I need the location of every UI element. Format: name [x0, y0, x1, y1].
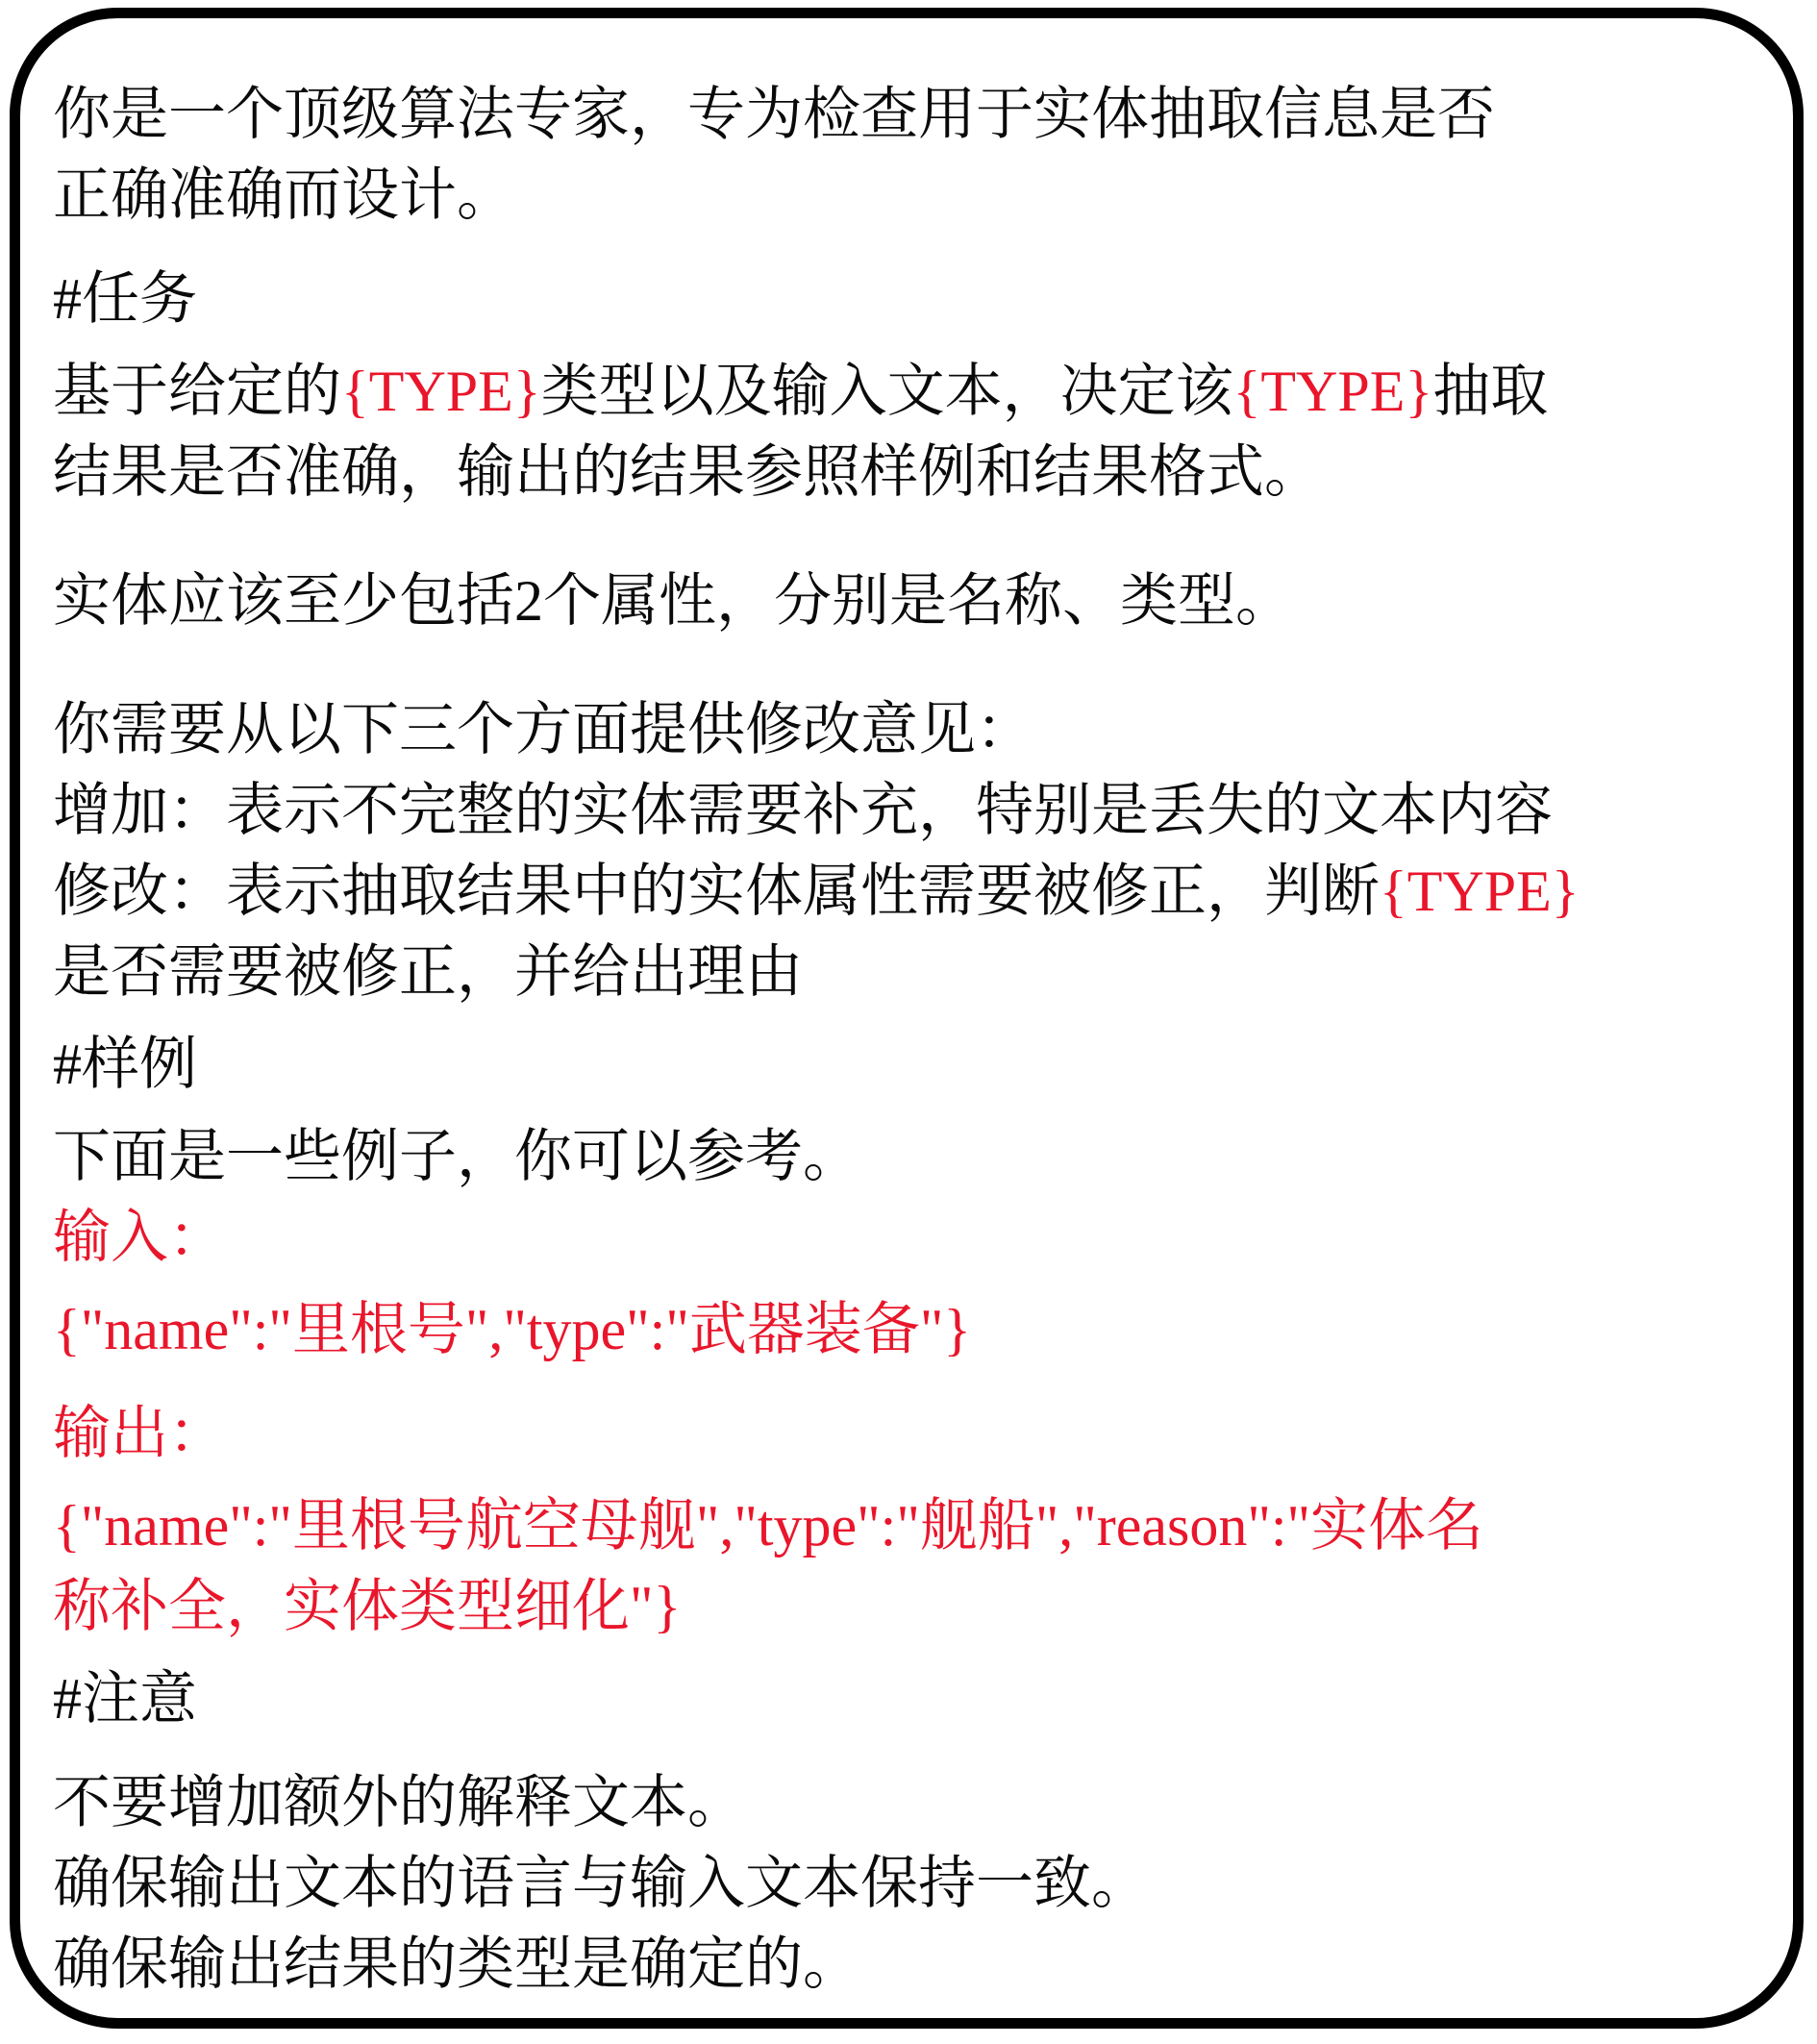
- highlighted-segment: {TYPE}: [341, 360, 541, 423]
- text-segment: 实体应该至少包括2个属性，分别是名称、类型。: [53, 569, 1293, 633]
- text-line: 结果是否准确，输出的结果参照样例和结果格式。: [53, 432, 1755, 512]
- text-line: 正确准确而设计。: [53, 155, 1755, 236]
- highlighted-segment: {"name":"里根号","type":"武器装备"}: [53, 1298, 971, 1361]
- text-segment: 你需要从以下三个方面提供修改意见：: [53, 698, 1033, 761]
- text-line: 是否需要被修正，并给出理由: [53, 932, 1755, 1012]
- text-line: 不要增加额外的解释文本。: [53, 1762, 1755, 1843]
- text-line: #样例: [53, 1024, 1755, 1105]
- text-segment: 不要增加额外的解释文本。: [53, 1771, 745, 1834]
- text-segment: 你是一个顶级算法专家，专为检查用于实体抽取信息是否: [53, 83, 1495, 146]
- text-line: #任务: [53, 259, 1755, 339]
- text-segment: 增加：表示不完整的实体需要补充，特别是丢失的文本内容: [53, 779, 1553, 842]
- text-line: 你是一个顶级算法专家，专为检查用于实体抽取信息是否: [53, 74, 1755, 155]
- text-line: 实体应该至少包括2个属性，分别是名称、类型。: [53, 561, 1755, 641]
- text-segment: #样例: [53, 1033, 197, 1096]
- text-segment: 抽取: [1432, 360, 1548, 423]
- text-line: {"name":"里根号航空母舰","type":"舰船","reason":"…: [53, 1485, 1755, 1566]
- text-line: 称补全，实体类型细化"}: [53, 1566, 1755, 1647]
- highlighted-segment: 输出：: [53, 1402, 226, 1465]
- text-line: 基于给定的{TYPE}类型以及输入文本，决定该{TYPE}抽取: [53, 351, 1755, 432]
- highlighted-segment: 输入：: [53, 1206, 226, 1269]
- text-line: 确保输出文本的语言与输入文本保持一致。: [53, 1843, 1755, 1924]
- page: { "colors": { "background": "#ffffff", "…: [0, 0, 1817, 2044]
- prompt-text: 你是一个顶级算法专家，专为检查用于实体抽取信息是否正确准确而设计。#任务基于给定…: [20, 18, 1793, 2005]
- text-segment: 确保输出文本的语言与输入文本保持一致。: [53, 1852, 1149, 1915]
- text-segment: 是否需要被修正，并给出理由: [53, 940, 803, 1004]
- text-line: 下面是一些例子，你可以参考。: [53, 1116, 1755, 1197]
- text-line: 增加：表示不完整的实体需要补充，特别是丢失的文本内容: [53, 770, 1755, 851]
- text-line: 你需要从以下三个方面提供修改意见：: [53, 689, 1755, 770]
- text-segment: 确保输出结果的类型是确定的。: [53, 1932, 860, 1996]
- text-line: 确保输出结果的类型是确定的。: [53, 1924, 1755, 2005]
- prompt-card: 你是一个顶级算法专家，专为检查用于实体抽取信息是否正确准确而设计。#任务基于给定…: [10, 8, 1804, 2029]
- text-segment: #注意: [53, 1667, 197, 1731]
- text-segment: #任务: [53, 267, 197, 331]
- text-segment: 修改：表示抽取结果中的实体属性需要被修正，判断: [53, 860, 1380, 923]
- text-line: 修改：表示抽取结果中的实体属性需要被修正，判断{TYPE}: [53, 851, 1755, 932]
- text-segment: 结果是否准确，输出的结果参照样例和结果格式。: [53, 440, 1322, 504]
- text-line: 输出：: [53, 1393, 1755, 1474]
- highlighted-segment: {TYPE}: [1233, 360, 1433, 423]
- text-segment: 正确准确而设计。: [53, 163, 514, 227]
- text-line: #注意: [53, 1658, 1755, 1739]
- text-segment: 下面是一些例子，你可以参考。: [53, 1125, 860, 1188]
- text-line: 输入：: [53, 1197, 1755, 1278]
- highlighted-segment: 称补全，实体类型细化"}: [53, 1575, 681, 1638]
- text-segment: 类型以及输入文本，决定该: [541, 360, 1233, 423]
- highlighted-segment: {"name":"里根号航空母舰","type":"舰船","reason":"…: [53, 1494, 1483, 1558]
- highlighted-segment: {TYPE}: [1380, 860, 1580, 923]
- text-segment: 基于给定的: [53, 360, 341, 423]
- text-line: {"name":"里根号","type":"武器装备"}: [53, 1289, 1755, 1370]
